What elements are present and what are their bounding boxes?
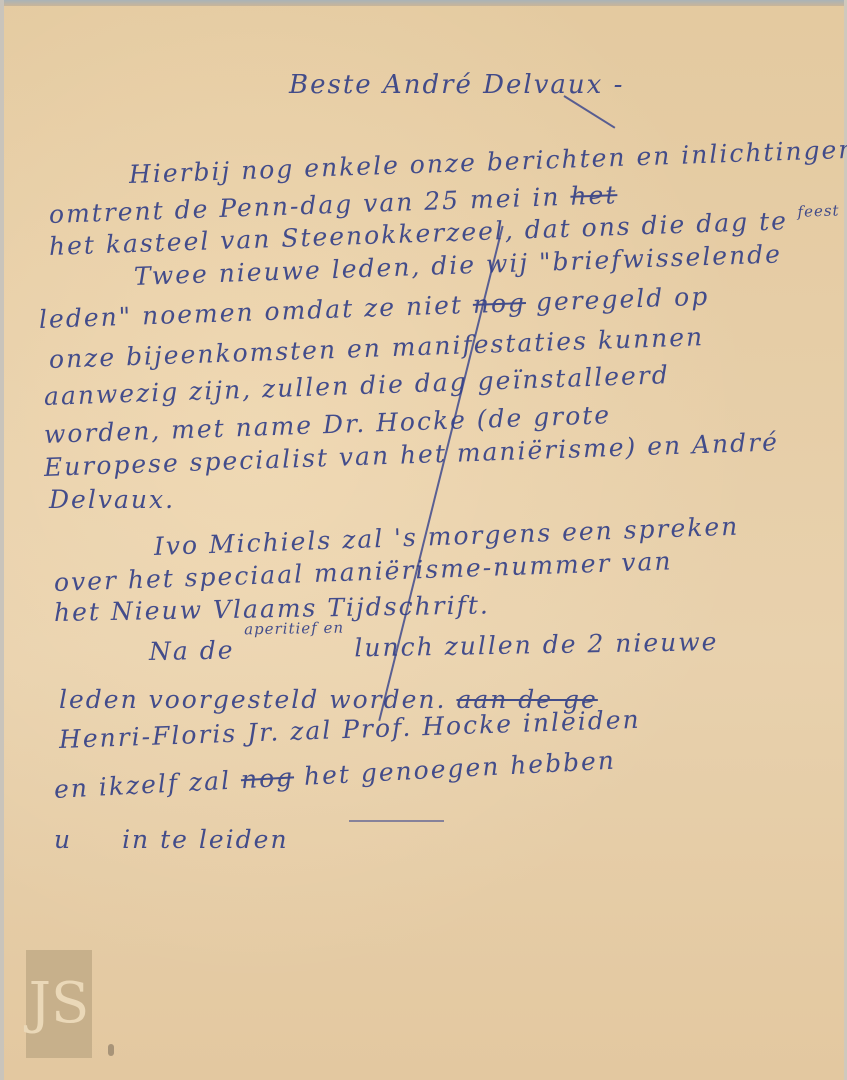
line-text-after: geregeld op (535, 282, 709, 317)
struck-text: nog (240, 762, 295, 794)
line-text-after: lunch zullen de 2 nieuwe (354, 627, 719, 662)
letter-line-1: Hierbij nog enkele onze berichten en inl… (128, 135, 847, 189)
letter-page: Beste André Delvaux - Hierbij nog enkele… (0, 0, 847, 1080)
line-text: leden" noemen omdat ze niet (38, 290, 463, 334)
pen-stroke (563, 95, 615, 128)
line-text: u (54, 825, 72, 854)
trailing-pen-stroke (349, 820, 444, 822)
letter-line-10: Delvaux. (49, 485, 175, 514)
line-text-after: het genoegen hebben (303, 746, 616, 791)
letter-line-18: u in te leiden (54, 825, 289, 854)
letter-line-12: over het speciaal maniërisme-nummer van (53, 546, 672, 597)
letter-line-17: en ikzelf zal nog het genoegen hebben (53, 746, 616, 804)
line-text: en ikzelf zal (53, 766, 232, 804)
line-text-after: in te leiden (122, 825, 289, 854)
line-text: leden voorgesteld worden. (59, 685, 446, 714)
line-text: Na de (149, 636, 235, 666)
monogram-logo: JS (26, 950, 92, 1058)
letter-line-14: Na de aperitief en lunch zullen de 2 nie… (149, 627, 719, 666)
inserted-text: aperitief en (244, 619, 344, 639)
salutation: Beste André Delvaux - (289, 70, 624, 100)
struck-text: het (570, 180, 618, 211)
paper-top-edge (4, 0, 844, 6)
ink-smudge (108, 1044, 114, 1056)
logo-letters: JS (29, 976, 90, 1032)
inserted-text: feest (797, 201, 840, 220)
